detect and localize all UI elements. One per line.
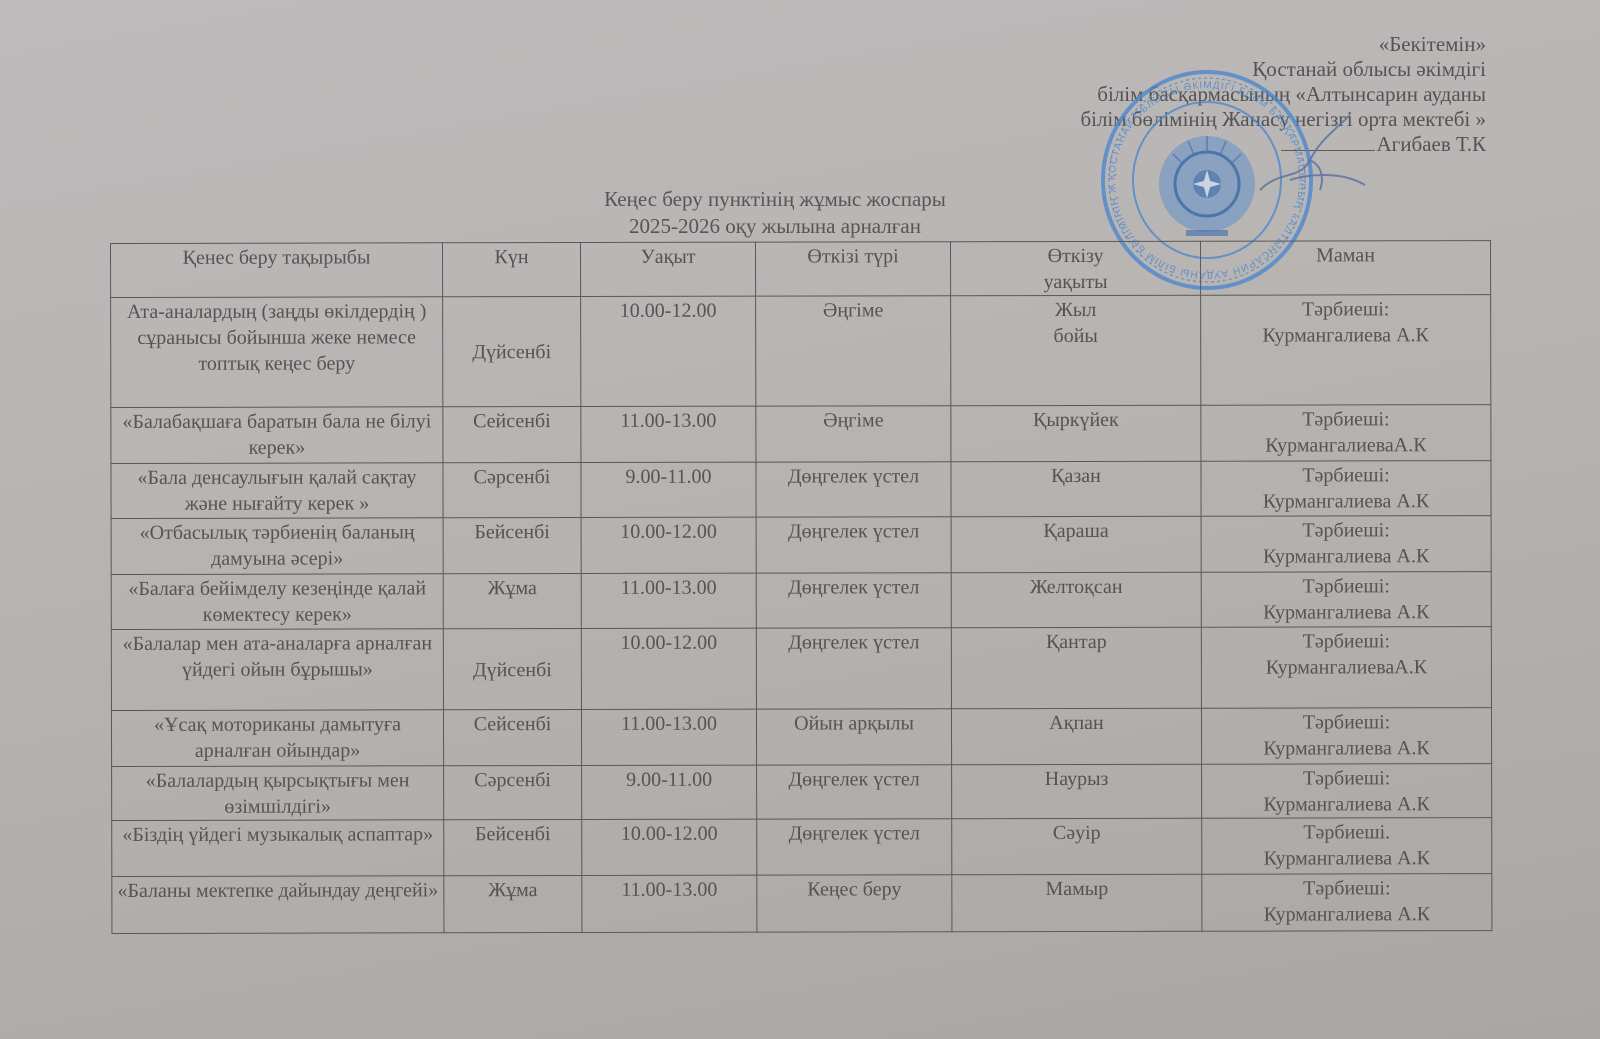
day-cell: Сәрсенбі xyxy=(443,463,581,518)
header-period: Өткізу уақыты xyxy=(950,241,1200,296)
table-row: «Балаға бейімделу кезеңінде қалай көмект… xyxy=(111,572,1491,630)
period-cell: Қараша xyxy=(951,516,1201,573)
topic-cell: Ата-аналардың (заңды өкілдердің ) сұраны… xyxy=(111,297,443,408)
specialist-cell: Тәрбиеші:Курмангалиева А.К xyxy=(1201,572,1491,628)
day-cell: Дүйсенбі xyxy=(443,629,581,710)
day-cell: Жұма xyxy=(444,876,582,933)
table-row: «Балалар мен ата-аналарға арналған үйдег… xyxy=(111,627,1491,711)
time-cell: 11.00-13.00 xyxy=(581,573,756,628)
specialist-name: КурмангалиеваА.К xyxy=(1205,432,1486,459)
day-cell: Сәрсенбі xyxy=(444,766,582,820)
header-topic: Қенес беру тақырыбы xyxy=(111,243,443,298)
specialist-name: Курмангалиева А.К xyxy=(1206,791,1487,818)
specialist-role: Тәрбиеші: xyxy=(1206,628,1487,655)
form-cell: Дөңгелек үстел xyxy=(756,573,951,628)
specialist-cell: Тәрбиеші:Курмангалиева А.К xyxy=(1202,764,1492,819)
day-cell: Бейсенбі xyxy=(444,820,582,876)
specialist-role: Тәрбиеші: xyxy=(1205,406,1486,433)
form-cell: Дөңгелек үстел xyxy=(757,765,952,819)
specialist-cell: Тәрбиеші:Курмангалиева А.К xyxy=(1201,295,1491,406)
specialist-name: Курмангалиева А.К xyxy=(1205,322,1486,349)
specialist-cell: Тәрбиеші:Курмангалиева А.К xyxy=(1201,461,1491,517)
specialist-cell: Тәрбиеші.Курмангалиева А.К xyxy=(1202,818,1492,875)
day-cell: Бейсенбі xyxy=(443,518,581,574)
specialist-role: Тәрбиеші: xyxy=(1206,875,1487,902)
time-cell: 10.00-12.00 xyxy=(581,628,756,709)
specialist-cell: Тәрбиеші:КурмангалиеваА.К xyxy=(1201,405,1491,462)
period-cell: Қазан xyxy=(951,461,1201,517)
period-cell: Жыл бойы xyxy=(951,295,1201,406)
period-cell: Қыркүйек xyxy=(951,405,1201,462)
form-cell: Әңгіме xyxy=(756,406,951,462)
topic-cell: «Бала денсаулығын қалай сақтау және ныға… xyxy=(111,463,443,519)
table-row: «Бала денсаулығын қалай сақтау және ныға… xyxy=(111,461,1491,519)
topic-cell: «Балаға бейімделу кезеңінде қалай көмект… xyxy=(111,574,443,630)
specialist-role: Тәрбиеші: xyxy=(1206,709,1487,736)
form-cell: Дөңгелек үстел xyxy=(756,517,951,573)
topic-cell: «Балалардың қырсықтығы мен өзімшілдігі» xyxy=(112,766,444,821)
specialist-role: Тәрбиеші: xyxy=(1206,765,1487,792)
period-cell: Қантар xyxy=(951,627,1201,709)
approval-line: білім бөлімінің Жанасу негізгі орта мект… xyxy=(1080,107,1486,132)
specialist-name: Курмангалиева А.К xyxy=(1206,901,1487,928)
table-row: «Балабақшаға баратын бала не білуі керек… xyxy=(111,405,1491,464)
table-header-row: Қенес беру тақырыбы Күн Уақыт Өткізі түр… xyxy=(111,241,1491,298)
specialist-name: КурмангалиеваА.К xyxy=(1206,654,1487,681)
header-specialist: Маман xyxy=(1200,241,1490,296)
approval-line: білім басқармасының «Алтынсарин ауданы xyxy=(1080,82,1486,107)
specialist-cell: Тәрбиеші:Курмангалиева А.К xyxy=(1201,516,1491,573)
period-cell: Ақпан xyxy=(951,708,1201,765)
day-cell: Сейсенбі xyxy=(443,710,581,766)
approval-block: «Бекітемін» Қостанай облысы әкімдігі біл… xyxy=(1080,32,1486,157)
topic-cell: «Ұсақ моториканы дамытуға арналған ойынд… xyxy=(111,710,443,767)
specialist-cell: Тәрбиеші:Курмангалиева А.К xyxy=(1202,874,1492,932)
topic-cell: «Біздің үйдегі музыкалық аспаптар» xyxy=(112,820,444,877)
consultation-plan-table: Қенес беру тақырыбы Күн Уақыт Өткізі түр… xyxy=(110,240,1492,934)
topic-cell: «Балабақшаға баратын бала не білуі керек… xyxy=(111,407,443,464)
time-cell: 10.00-12.00 xyxy=(581,517,756,573)
specialist-role: Тәрбиеші: xyxy=(1206,573,1487,600)
form-cell: Дөңгелек үстел xyxy=(756,462,951,517)
time-cell: 10.00-12.00 xyxy=(582,819,757,875)
signatory-name: Агибаев Т.К xyxy=(1377,132,1487,156)
specialist-name: Курмангалиева А.К xyxy=(1206,845,1487,872)
day-cell: Сейсенбі xyxy=(443,407,581,463)
header-period-text: Өткізу уақыты xyxy=(1036,243,1116,295)
day-cell: Дүйсенбі xyxy=(443,297,581,407)
day-cell: Жұма xyxy=(443,574,581,629)
table-row: «Ұсақ моториканы дамытуға арналған ойынд… xyxy=(111,708,1491,767)
time-cell: 9.00-11.00 xyxy=(582,765,757,819)
form-cell: Кеңес беру xyxy=(757,875,952,932)
title-line-2: 2025-2026 оқу жылына арналған xyxy=(520,213,1030,240)
specialist-role: Тәрбиеші: xyxy=(1205,462,1486,489)
specialist-role: Тәрбиеші. xyxy=(1206,819,1487,846)
topic-cell: «Балалар мен ата-аналарға арналған үйдег… xyxy=(111,629,443,711)
form-cell: Дөңгелек үстел xyxy=(756,628,951,709)
specialist-name: Курмангалиева А.К xyxy=(1206,735,1487,762)
specialist-name: Курмангалиева А.К xyxy=(1206,599,1487,626)
period-cell: Наурыз xyxy=(952,764,1202,819)
specialist-role: Тәрбиеші: xyxy=(1206,517,1487,544)
table-row: Ата-аналардың (заңды өкілдердің ) сұраны… xyxy=(111,295,1491,408)
header-day: Күн xyxy=(443,243,581,297)
form-cell: Әңгіме xyxy=(756,296,951,406)
period-cell: Желтоқсан xyxy=(951,572,1201,628)
signatory-line: Агибаев Т.К xyxy=(1080,132,1486,157)
table-row: «Отбасылық тәрбиенің баланың дамуына әсе… xyxy=(111,516,1491,575)
signature-line xyxy=(1281,150,1375,151)
approval-heading: «Бекітемін» xyxy=(1080,32,1486,57)
header-form: Өткізі түрі xyxy=(755,242,950,296)
table-row: «Баланы мектепке дайындау деңгейі»Жұма11… xyxy=(112,874,1492,934)
document-title: Кеңес беру пунктінің жұмыс жоспары 2025-… xyxy=(520,186,1030,240)
specialist-name: Курмангалиева А.К xyxy=(1206,543,1487,570)
topic-cell: «Баланы мектепке дайындау деңгейі» xyxy=(112,876,444,934)
form-cell: Дөңгелек үстел xyxy=(757,819,952,875)
time-cell: 11.00-13.00 xyxy=(581,709,756,765)
time-cell: 11.00-13.00 xyxy=(581,406,756,462)
form-cell: Ойын арқылы xyxy=(756,709,951,765)
specialist-name: Курмангалиева А.К xyxy=(1206,488,1487,515)
period-cell: Сәуір xyxy=(952,818,1202,875)
time-cell: 11.00-13.00 xyxy=(582,875,757,932)
specialist-role: Тәрбиеші: xyxy=(1205,296,1486,323)
specialist-cell: Тәрбиеші:КурмангалиеваА.К xyxy=(1201,627,1491,709)
time-cell: 9.00-11.00 xyxy=(581,462,756,517)
approval-line: Қостанай облысы әкімдігі xyxy=(1080,57,1486,82)
specialist-cell: Тәрбиеші:Курмангалиева А.К xyxy=(1201,708,1491,765)
header-time: Уақыт xyxy=(581,242,756,296)
period-cell: Мамыр xyxy=(952,874,1202,932)
table-row: «Балалардың қырсықтығы мен өзімшілдігі»С… xyxy=(112,764,1492,821)
time-cell: 10.00-12.00 xyxy=(581,296,756,406)
title-line-1: Кеңес беру пунктінің жұмыс жоспары xyxy=(520,186,1030,213)
table-row: «Біздің үйдегі музыкалық аспаптар»Бейсен… xyxy=(112,818,1492,877)
topic-cell: «Отбасылық тәрбиенің баланың дамуына әсе… xyxy=(111,518,443,575)
